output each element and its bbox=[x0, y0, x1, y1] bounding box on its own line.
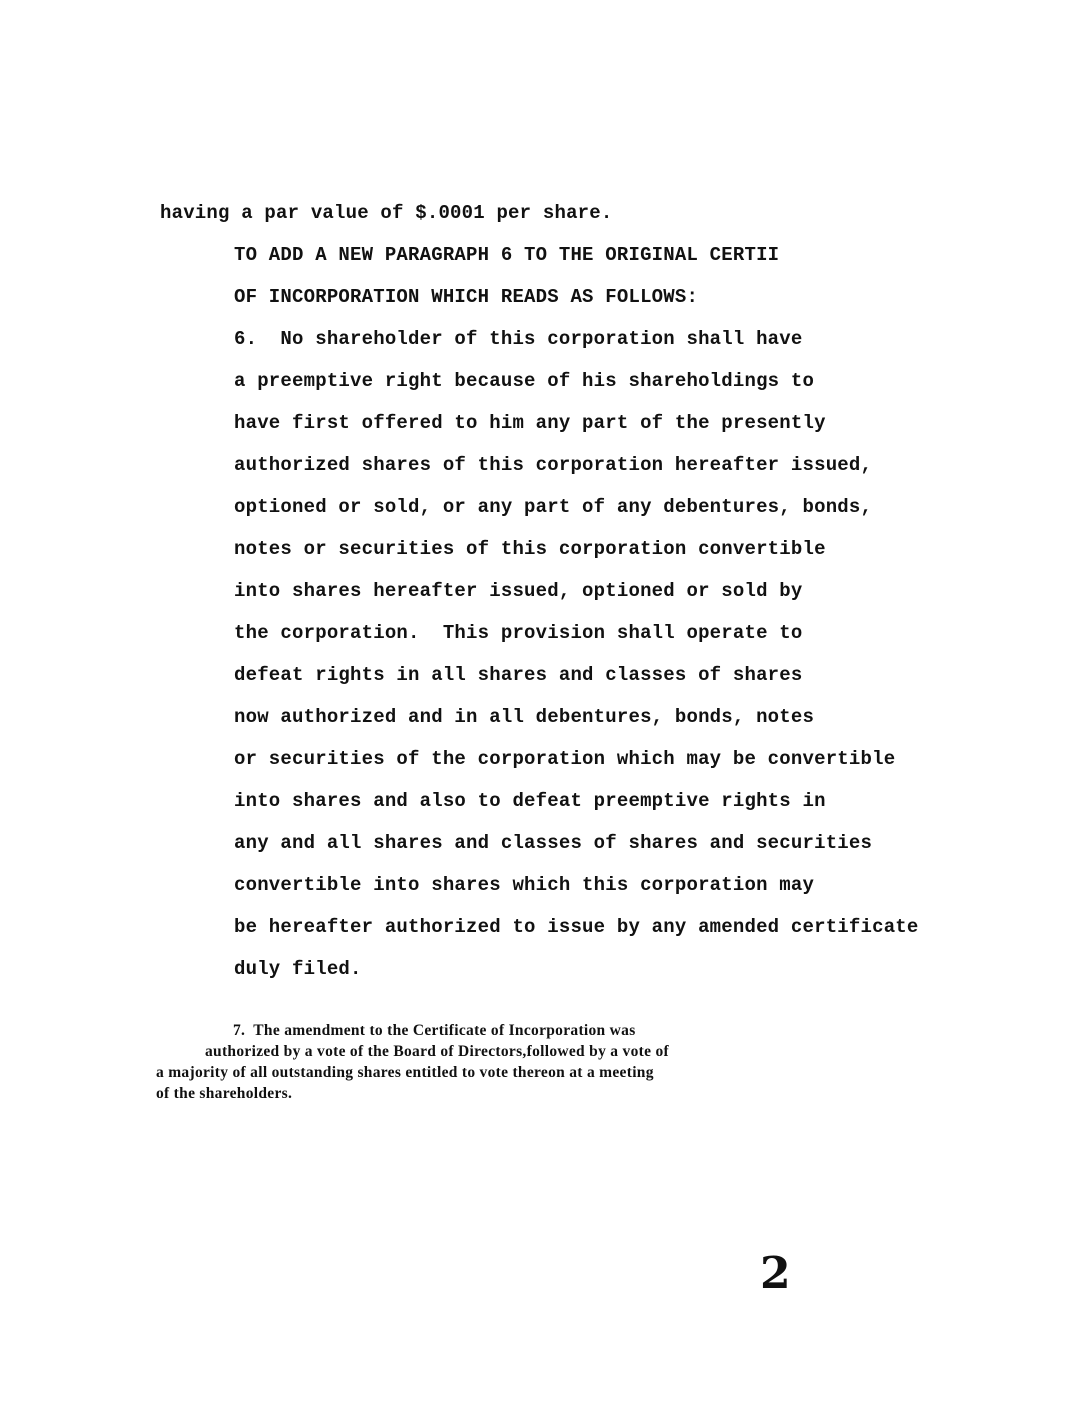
paragraph-6-line: into shares and also to defeat preemptiv… bbox=[234, 790, 826, 812]
paragraph-7-line: a majority of all outstanding shares ent… bbox=[156, 1064, 654, 1082]
paragraph-6-line: duly filed. bbox=[234, 958, 362, 980]
paragraph-6-line: have first offered to him any part of th… bbox=[234, 412, 826, 434]
paragraph-6-line: 6. No shareholder of this corporation sh… bbox=[234, 328, 803, 350]
paragraph-6-line: optioned or sold, or any part of any deb… bbox=[234, 496, 872, 518]
paragraph-6-line: defeat rights in all shares and classes … bbox=[234, 664, 803, 686]
paragraph-6-line: now authorized and in all debentures, bo… bbox=[234, 706, 814, 728]
paragraph-6-line: into shares hereafter issued, optioned o… bbox=[234, 580, 803, 602]
paragraph-6-line: a preemptive right because of his shareh… bbox=[234, 370, 814, 392]
paragraph-6-line: notes or securities of this corporation … bbox=[234, 538, 826, 560]
paragraph-7-line: authorized by a vote of the Board of Dir… bbox=[205, 1043, 669, 1061]
heading-line-1: TO ADD A NEW PARAGRAPH 6 TO THE ORIGINAL… bbox=[234, 244, 779, 266]
paragraph-7-line: of the shareholders. bbox=[156, 1085, 292, 1103]
paragraph-7-line: 7. The amendment to the Certificate of I… bbox=[233, 1022, 636, 1040]
opening-line: having a par value of $.0001 per share. bbox=[160, 202, 612, 224]
paragraph-6-line: be hereafter authorized to issue by any … bbox=[234, 916, 919, 938]
heading-line-2: OF INCORPORATION WHICH READS AS FOLLOWS: bbox=[234, 286, 698, 308]
page-number: 2 bbox=[760, 1248, 791, 1299]
paragraph-6-line: convertible into shares which this corpo… bbox=[234, 874, 814, 896]
paragraph-6-line: authorized shares of this corporation he… bbox=[234, 454, 872, 476]
paragraph-6-line: or securities of the corporation which m… bbox=[234, 748, 895, 770]
paragraph-6-line: the corporation. This provision shall op… bbox=[234, 622, 803, 644]
paragraph-6-line: any and all shares and classes of shares… bbox=[234, 832, 872, 854]
